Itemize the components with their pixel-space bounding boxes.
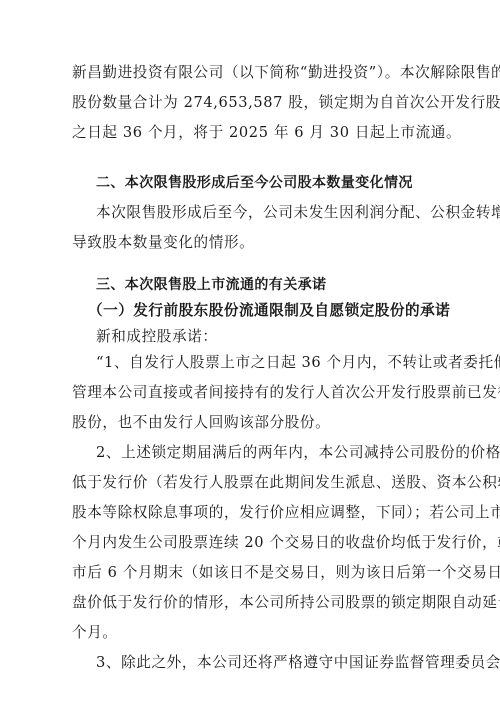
section-2-line-1: 本次限售股形成后至今，公司未发生因利润分配、公积金转增等: [96, 204, 430, 222]
item-1-line-3: 股份，也不由发行人回购该部分股份。: [72, 414, 430, 432]
item-2-line-4: 个月内发生公司股票连续 20 个交易日的收盘价均低于发行价，或者上: [72, 534, 430, 552]
section-3-heading: 三、本次限售股上市流通的有关承诺: [96, 276, 430, 294]
intro-line-1: 新昌勤进投资有限公司（以下简称“勤进投资”）。本次解除限售的: [72, 64, 430, 82]
item-3-line-1: 3、除此之外，本公司还将严格遵守中国证券监督管理委员会《上: [96, 654, 430, 672]
item-2-line-2: 低于发行价（若发行人股票在此期间发生派息、送股、资本公积转增: [72, 474, 430, 492]
section-3-intro: 新和成控股承诺：: [96, 328, 430, 346]
intro-line-2: 股份数量合计为 274,653,587 股，锁定期为自首次公开发行股份上市: [72, 94, 430, 112]
item-1-line-1: “1、自发行人股票上市之日起 36 个月内，不转让或者委托他人: [96, 354, 430, 372]
section-2-line-2: 导致股本数量变化的情形。: [72, 234, 430, 252]
intro-line-3: 之日起 36 个月，将于 2025 年 6 月 30 日起上市流通。: [72, 124, 430, 142]
section-2-heading: 二、本次限售股形成后至今公司股本数量变化情况: [96, 174, 430, 192]
item-2-line-6: 盘价低于发行价的情形，本公司所持公司股票的锁定期限自动延长 6: [72, 594, 430, 612]
item-2-line-5: 市后 6 个月期末（如该日不是交易日，则为该日后第一个交易日）收: [72, 564, 430, 582]
document-page: 新昌勤进投资有限公司（以下简称“勤进投资”）。本次解除限售的 股份数量合计为 2…: [0, 0, 500, 707]
item-2-line-1: 2、上述锁定期届满后的两年内，本公司减持公司股份的价格不得: [96, 444, 430, 462]
item-1-line-2: 管理本公司直接或者间接持有的发行人首次公开发行股票前已发行的: [72, 384, 430, 402]
section-3-subheading: （一）发行前股东股份流通限制及自愿锁定股份的承诺: [88, 302, 446, 320]
item-2-line-3: 股本等除权除息事项的，发行价应相应调整，下同）；若公司上市后 6: [72, 504, 430, 522]
item-2-line-7: 个月。: [72, 624, 430, 642]
